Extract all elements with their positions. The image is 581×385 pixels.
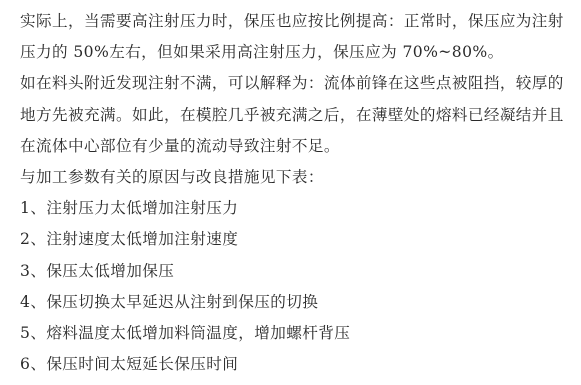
list-item: 5、熔料温度太低增加料筒温度，增加螺杆背压 [20, 318, 560, 349]
paragraph-1-line-1: 实际上，当需要高注射压力时，保压也应按比例提高：正常时，保压应为注射 [20, 6, 560, 37]
paragraph-3-line-1: 与加工参数有关的原因与改良措施见下表： [20, 162, 560, 193]
paragraph-2-line-2: 地方先被充满。如此，在模腔几乎被充满之后，在薄壁处的熔料已经凝结并且 [20, 100, 560, 131]
list-item: 3、保压太低增加保压 [20, 256, 560, 287]
list-item: 6、保压时间太短延长保压时间 [20, 349, 560, 380]
list-item: 4、保压切换太早延迟从注射到保压的切换 [20, 287, 560, 318]
paragraph-1-line-2: 压力的 50%左右，但如果采用高注射压力，保压应为 70%~80%。 [20, 37, 560, 68]
list-item: 2、注射速度太低增加注射速度 [20, 224, 560, 255]
list-item: 1、注射压力太低增加注射压力 [20, 193, 560, 224]
paragraph-2-line-3: 在流体中心部位有少量的流动导致注射不足。 [20, 131, 560, 162]
paragraph-2-line-1: 如在料头附近发现注射不满，可以解释为：流体前锋在这些点被阻挡，较厚的 [20, 68, 560, 99]
document-body: 实际上，当需要高注射压力时，保压也应按比例提高：正常时，保压应为注射 压力的 5… [20, 6, 560, 380]
